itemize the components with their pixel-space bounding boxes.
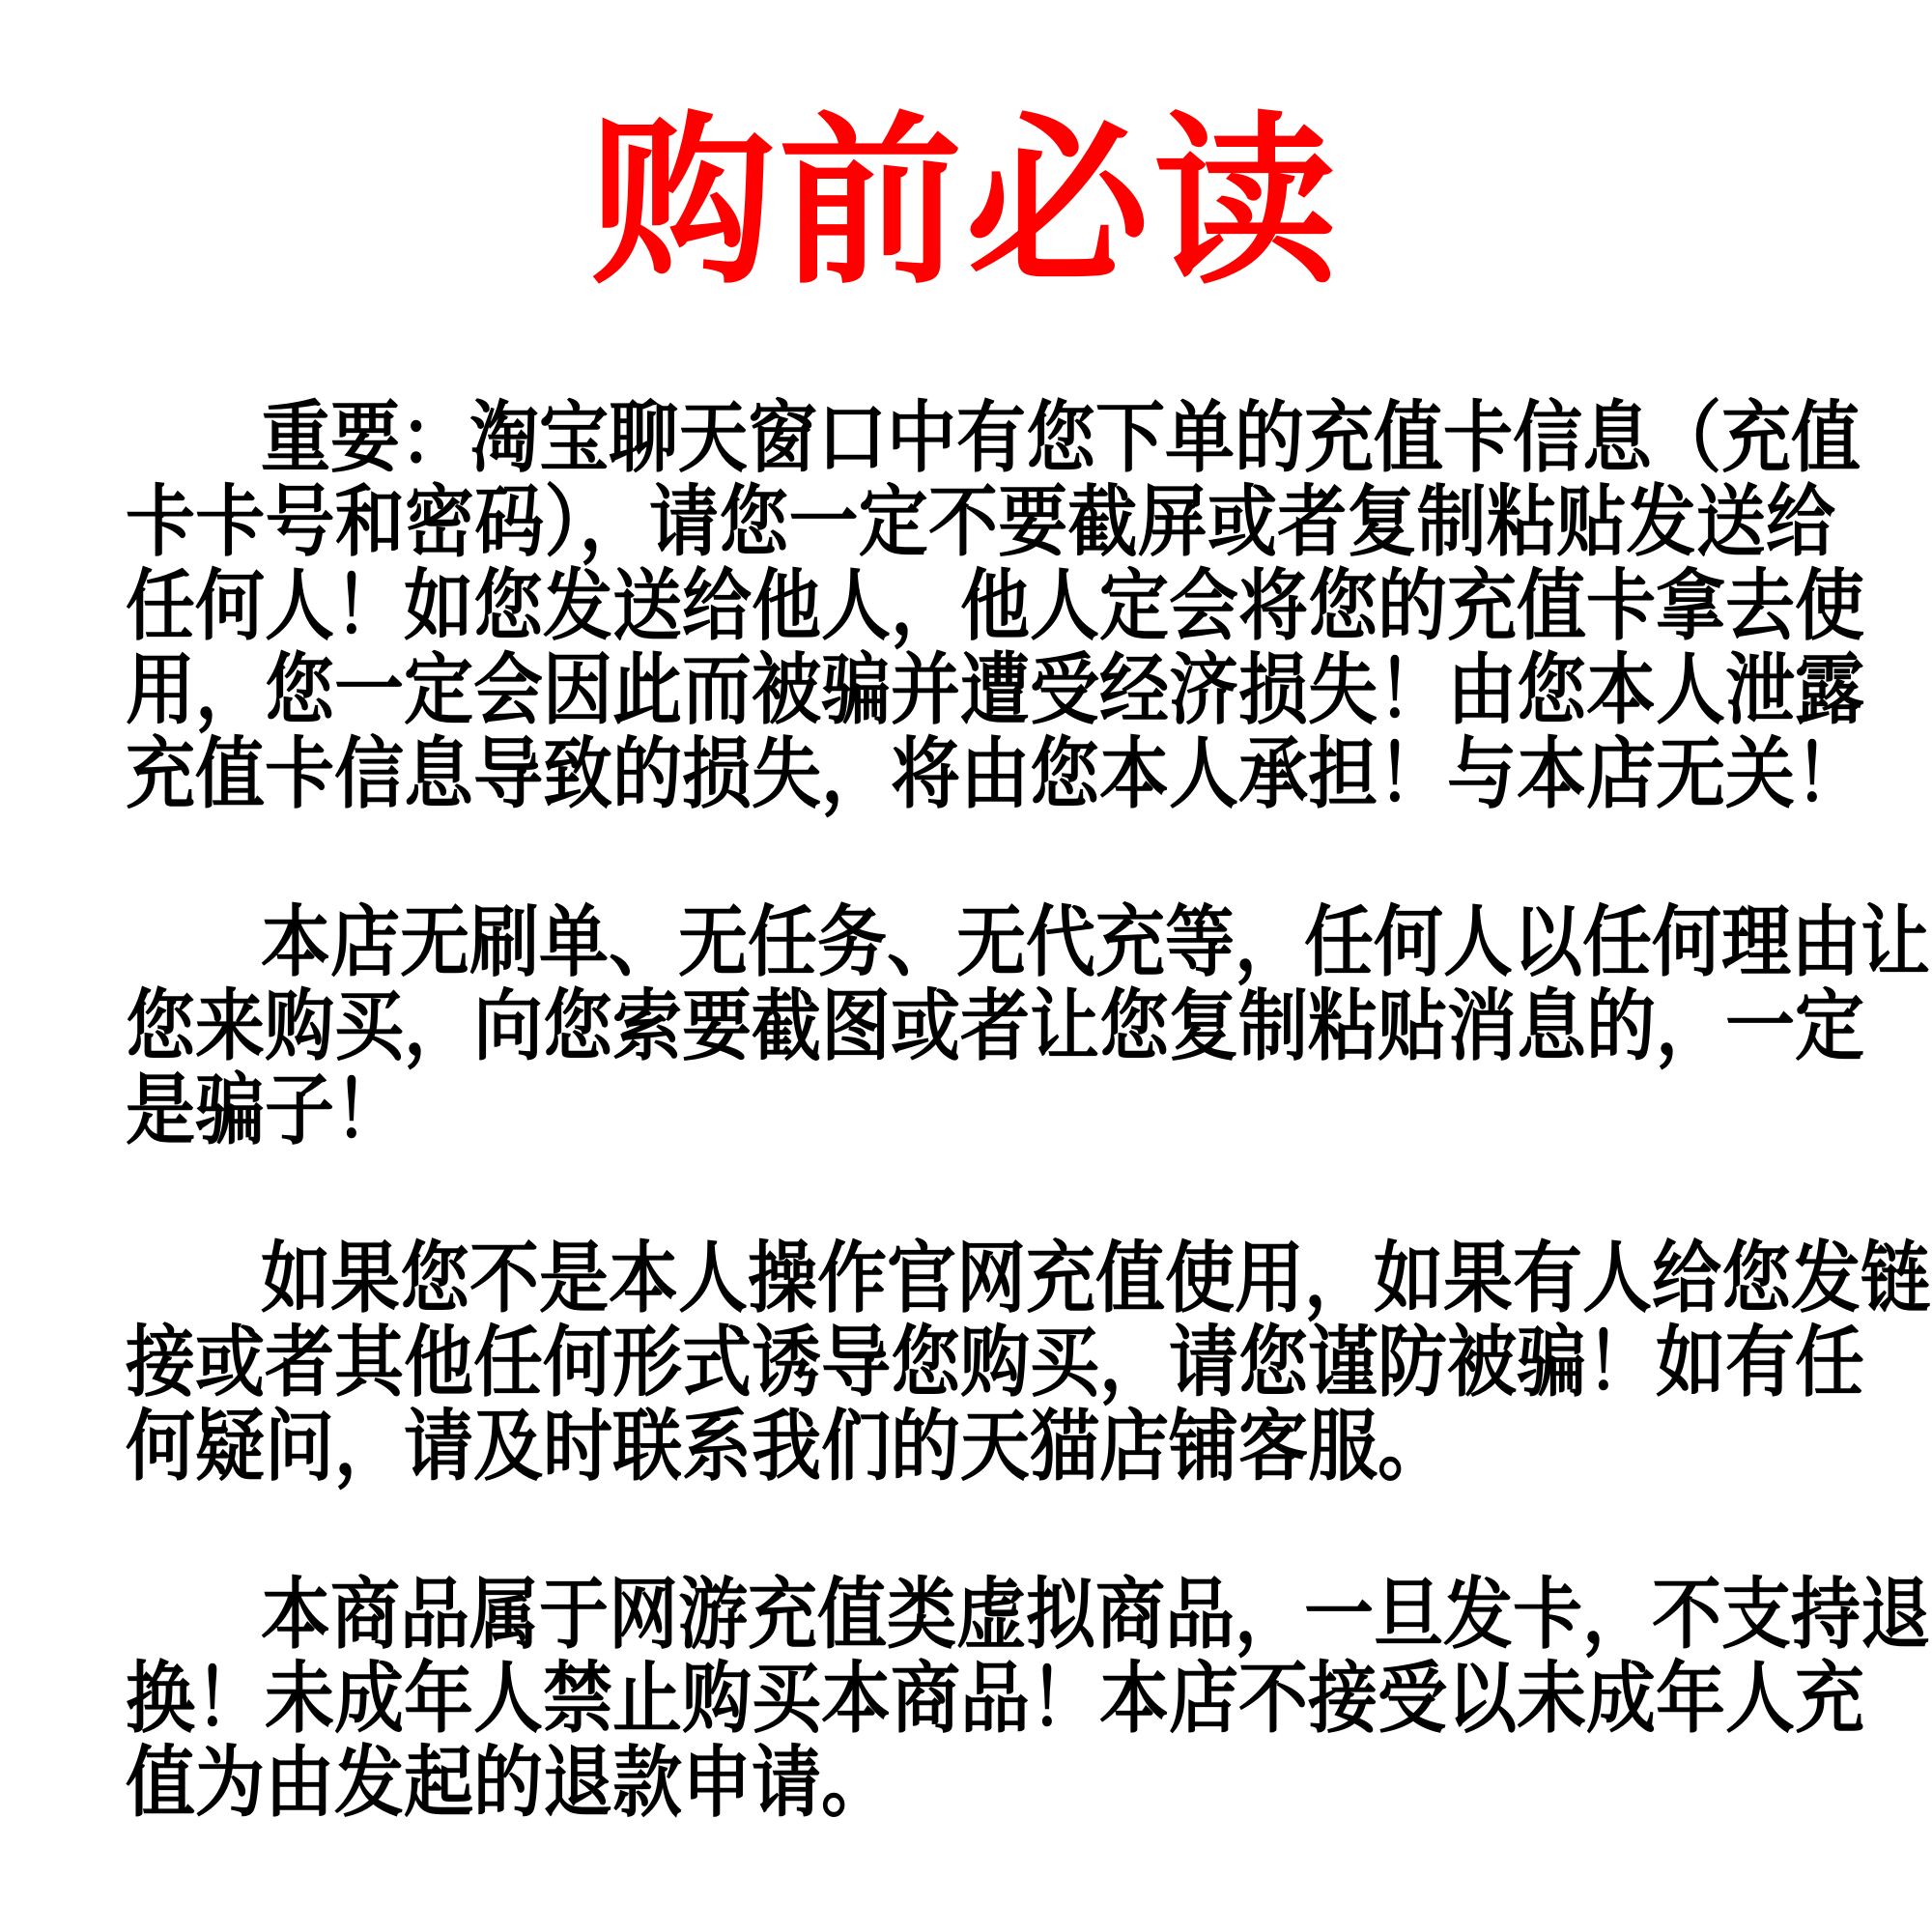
paragraph-card-info-warning: 重要：淘宝聊天窗口中有您下单的充值卡信息（充值 卡卡号和密码），请您一定不要截屏… (126, 396, 1835, 816)
paragraph-line: 用，您一定会因此而被骗并遭受经济损失！由您本人泄露 (126, 643, 1835, 737)
paragraph-line: 何疑问，请及时联系我们的天猫店铺客服。 (126, 1400, 1835, 1493)
paragraph-line: 换！未成年人禁止购买本商品！本店不接受以未成年人充 (126, 1652, 1835, 1746)
paragraph-line: 是骗子！ (126, 1064, 1835, 1157)
paragraph-line: 本商品属于网游充值类虚拟商品，一旦发卡，不支持退 (126, 1568, 1835, 1662)
paragraph-line: 任何人！如您发送给他人，他人定会将您的充值卡拿去使 (126, 559, 1835, 653)
paragraph-line: 接或者其他任何形式诱导您购买，请您谨防被骗！如有任 (126, 1316, 1835, 1409)
paragraph-line: 重要：淘宝聊天窗口中有您下单的充值卡信息（充值 (126, 391, 1835, 485)
paragraph-line: 充值卡信息导致的损失，将由您本人承担！与本店无关！ (126, 727, 1835, 821)
paragraph-line: 值为由发起的退款申请。 (126, 1736, 1835, 1830)
paragraph-refund-policy: 本商品属于网游充值类虚拟商品，一旦发卡，不支持退 换！未成年人禁止购买本商品！本… (126, 1573, 1835, 1825)
paragraph-line: 本店无刷单、无任务、无代充等，任何人以任何理由让 (126, 895, 1835, 989)
paragraph-line: 您来购买，向您索要截图或者让您复制粘贴消息的，一定 (126, 980, 1835, 1073)
paragraph-scam-warning: 本店无刷单、无任务、无代充等，任何人以任何理由让 您来购买，向您索要截图或者让您… (126, 900, 1835, 1152)
paragraph-line: 卡卡号和密码），请您一定不要截屏或者复制粘贴发送给 (126, 475, 1835, 569)
page-title: 购前必读 (0, 97, 1932, 309)
paragraph-line: 如果您不是本人操作官网充值使用，如果有人给您发链 (126, 1232, 1835, 1325)
paragraph-official-purchase-warning: 如果您不是本人操作官网充值使用，如果有人给您发链 接或者其他任何形式诱导您购买，… (126, 1236, 1835, 1489)
